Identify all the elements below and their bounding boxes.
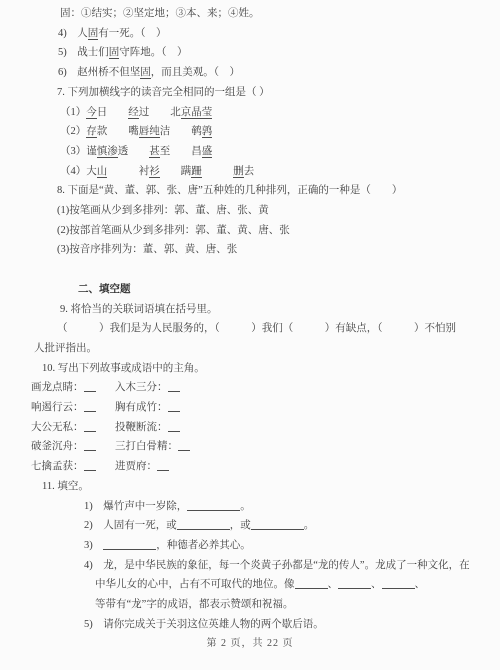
underlined-char: 固: [140, 67, 151, 79]
text-run: 。: [240, 501, 251, 512]
text-run: 5) 请你完成关于关羽这位英雄人物的两个歇后语。: [84, 619, 324, 630]
underlined-char: 固: [88, 28, 99, 40]
text-run: 去: [244, 166, 255, 177]
blank-field: [103, 549, 156, 550]
question-8: 8. 下面是“黄、董、郭、张、唐”五种姓的几种排列，正确的一种是（ ）: [31, 181, 493, 201]
document-body: 固：①结实；②坚定地；③本、来；④姓。4) 人固有一死。（ ）5) 战士们固守阵…: [31, 4, 493, 634]
q8-option-3: (3)按音序排列为：董、郭、黄、唐、张: [31, 240, 493, 260]
text-run: 蹒: [160, 166, 192, 177]
blank-field: [168, 411, 180, 412]
idiom-col2: 三打白骨精：: [115, 441, 190, 452]
idiom-pair-5: 七擒孟获：进贾府：: [31, 457, 493, 477]
text-run: 中华儿女的心中，占有不可取代的地位。像: [95, 579, 295, 590]
idiom-col1: 响遏行云：: [31, 398, 115, 418]
text-run: ，而且美观。（ ）: [151, 67, 240, 78]
q7-option-3: （3）谨慎渗透 甚至 昌盛: [31, 142, 493, 162]
q11-item-5: 5) 请你完成关于关羽这位英雄人物的两个歇后语。: [31, 615, 493, 635]
text-run: 衬: [107, 166, 149, 177]
idiom-col1: 破釜沉舟：: [31, 437, 115, 457]
text-run: ，种德者必养其心。: [156, 540, 251, 551]
text-run: (3)按音序排列为：董、郭、黄、唐、张: [57, 244, 237, 255]
text-run: 守阵地。（ ）: [119, 47, 187, 58]
text-run: 固：①结实；②坚定地；③本、来；④姓。: [60, 8, 260, 19]
idiom-pair-1: 画龙点睛：入木三分：: [31, 378, 493, 398]
text-run: （3）谨: [60, 146, 97, 157]
text-run: 3): [84, 540, 103, 551]
underlined-char: 今: [86, 107, 97, 119]
blank-field: [84, 470, 96, 471]
idiom-col2: 胸有成竹：: [115, 402, 180, 413]
blank-field: [84, 431, 96, 432]
idiom-col1: 画龙点睛：: [31, 378, 115, 398]
text-run: 款 嘴: [97, 126, 139, 137]
q8-option-2: (2)按部首笔画从少到多排列：郭、董、黄、唐、张: [31, 221, 493, 241]
text-run: 破釜沉舟：: [31, 441, 84, 452]
text-run: 画龙点睛：: [31, 382, 84, 393]
underlined-char: 经: [128, 107, 139, 119]
q9-sentence-wrap: 人批评指出。: [31, 339, 493, 359]
q11-item-4-line1: 4) 龙，是中华民族的象征，每一个炎黄子孙都是“龙的传人”。龙成了一种文化，在: [31, 556, 493, 576]
item-6: 6) 赵州桥不但坚固，而且美观。（ ）: [31, 63, 493, 83]
text-run: （4）大: [60, 166, 97, 177]
idiom-col1: 大公无私：: [31, 418, 115, 438]
text-run: 2) 人固有一死，或: [84, 520, 177, 531]
page-footer: 第 2 页，共 22 页: [0, 634, 500, 649]
blank-field: [84, 391, 96, 392]
text-run: [202, 166, 234, 177]
q11-item-4-line3: 等带有“龙”字的成语，都表示赞颂和祝福。: [31, 595, 493, 615]
text-run: 1) 爆竹声中一岁除，: [84, 501, 187, 512]
text-run: （ ）我们是为人民服务的，（ ）我们（ ）有缺点，（ ）不怕别: [57, 323, 456, 334]
word-definition-line: 固：①结实；②坚定地；③本、来；④姓。: [31, 4, 493, 24]
blank-field: [168, 431, 180, 432]
underlined-char: 京晶莹: [181, 107, 213, 119]
underlined-char: 山: [97, 166, 108, 178]
question-7: 7. 下列加横线字的读音完全相同的一组是（ ）: [31, 83, 493, 103]
blank-field: [295, 588, 328, 589]
text-run: 进贾府：: [115, 461, 157, 472]
text-run: 。: [304, 520, 315, 531]
text-run: 响遏行云：: [31, 402, 84, 413]
blank-field: [177, 529, 230, 530]
blank-field: [84, 450, 96, 451]
underlined-char: 衫: [149, 166, 160, 178]
idiom-pair-4: 破釜沉舟：三打白骨精：: [31, 437, 493, 457]
text-run: 人批评指出。: [34, 343, 97, 354]
text-run: 6) 赵州桥不但坚: [58, 67, 140, 78]
text-run: 4) 龙，是中华民族的象征，每一个炎黄子孙都是“龙的传人”。龙成了一种文化，在: [84, 560, 470, 571]
text-run: 过 北: [139, 107, 181, 118]
blank-field: [251, 529, 304, 530]
text-run: 入木三分：: [115, 382, 168, 393]
q11-item-2: 2) 人固有一死，或，或。: [31, 516, 493, 536]
text-run: 三打白骨精：: [115, 441, 178, 452]
text-run: (2)按部首笔画从少到多排列：郭、董、黄、唐、张: [57, 225, 290, 236]
underlined-char: 甚: [149, 146, 160, 158]
text-run: 大公无私：: [31, 422, 84, 433]
blank-field: [84, 411, 96, 412]
item-4: 4) 人固有一死。（ ）: [31, 24, 493, 44]
blank-field: [382, 588, 415, 589]
text-run: 5) 战士们: [58, 47, 109, 58]
idiom-pair-3: 大公无私：投鞭断流：: [31, 418, 493, 438]
underlined-char: 唇纯: [139, 126, 160, 138]
text-run: 11. 填空。: [42, 481, 89, 492]
q11-item-4-line2: 中华儿女的心中，占有不可取代的地位。像、、、: [31, 575, 493, 595]
underlined-char: 跚: [191, 166, 202, 178]
question-9: 9. 将恰当的关联词语填在括号里。: [31, 300, 493, 320]
text-run: 七擒孟获：: [31, 461, 84, 472]
text-run: （1）: [60, 107, 86, 118]
q11-item-1: 1) 爆竹声中一岁除，。: [31, 497, 493, 517]
text-run: 8. 下面是“黄、董、郭、张、唐”五种姓的几种排列，正确的一种是（ ）: [57, 185, 402, 196]
spacer: [31, 260, 493, 280]
idiom-col2: 进贾府：: [115, 461, 169, 472]
item-5: 5) 战士们固守阵地。（ ）: [31, 43, 493, 63]
text-run: 二、填空题: [78, 284, 131, 295]
text-run: 有一死。（ ）: [98, 28, 166, 39]
idiom-col1: 七擒孟获：: [31, 457, 115, 477]
q7-option-4: （4）大山 衬衫 蹒跚 删去: [31, 162, 493, 182]
blank-field: [178, 450, 190, 451]
blank-field: [168, 391, 180, 392]
text-run: 7. 下列加横线字的读音完全相同的一组是（ ）: [57, 87, 270, 98]
text-run: 胸有成竹：: [115, 402, 168, 413]
underlined-char: 删: [233, 166, 244, 178]
q7-option-1: （1）今日 经过 北京晶莹: [31, 103, 493, 123]
underlined-char: 盛: [202, 146, 213, 158]
idiom-col2: 入木三分：: [115, 382, 180, 393]
q7-option-2: （2）存款 嘴唇纯洁 鹌鹑: [31, 122, 493, 142]
q11-item-3: 3) ，种德者必养其心。: [31, 536, 493, 556]
text-run: 投鞭断流：: [115, 422, 168, 433]
text-run: 9. 将恰当的关联词语填在括号里。: [60, 304, 218, 315]
text-run: ，或: [230, 520, 251, 531]
section-2-title: 二、填空题: [31, 280, 493, 300]
underlined-char: 固: [109, 47, 120, 59]
q9-sentence: （ ）我们是为人民服务的，（ ）我们（ ）有缺点，（ ）不怕别: [31, 319, 493, 339]
text-run: 、: [371, 579, 382, 590]
text-run: （2）: [60, 126, 86, 137]
text-run: 透: [118, 146, 150, 157]
text-run: 、: [328, 579, 339, 590]
underlined-char: 存: [86, 126, 97, 138]
blank-field: [338, 588, 371, 589]
idiom-pair-2: 响遏行云：胸有成竹：: [31, 398, 493, 418]
question-11: 11. 填空。: [31, 477, 493, 497]
text-run: 4) 人: [58, 28, 88, 39]
text-run: 至 昌: [160, 146, 202, 157]
text-run: 洁 鹌: [160, 126, 202, 137]
underlined-char: 鹑: [202, 126, 213, 138]
q8-option-1: (1)按笔画从少到多排列：郭、董、唐、张、黄: [31, 201, 493, 221]
blank-field: [157, 470, 169, 471]
text-run: 10. 写出下列故事或成语中的主角。: [42, 363, 205, 374]
text-run: 等带有“龙”字的成语，都表示赞颂和祝福。: [95, 599, 293, 610]
text-run: 日: [97, 107, 129, 118]
text-run: (1)按笔画从少到多排列：郭、董、唐、张、黄: [57, 205, 269, 216]
exam-page: 固：①结实；②坚定地；③本、来；④姓。4) 人固有一死。（ ）5) 战士们固守阵…: [0, 0, 500, 670]
text-run: 、: [415, 579, 426, 590]
blank-field: [187, 510, 240, 511]
question-10: 10. 写出下列故事或成语中的主角。: [31, 359, 493, 379]
idiom-col2: 投鞭断流：: [115, 422, 180, 433]
underlined-char: 慎渗: [97, 146, 118, 158]
